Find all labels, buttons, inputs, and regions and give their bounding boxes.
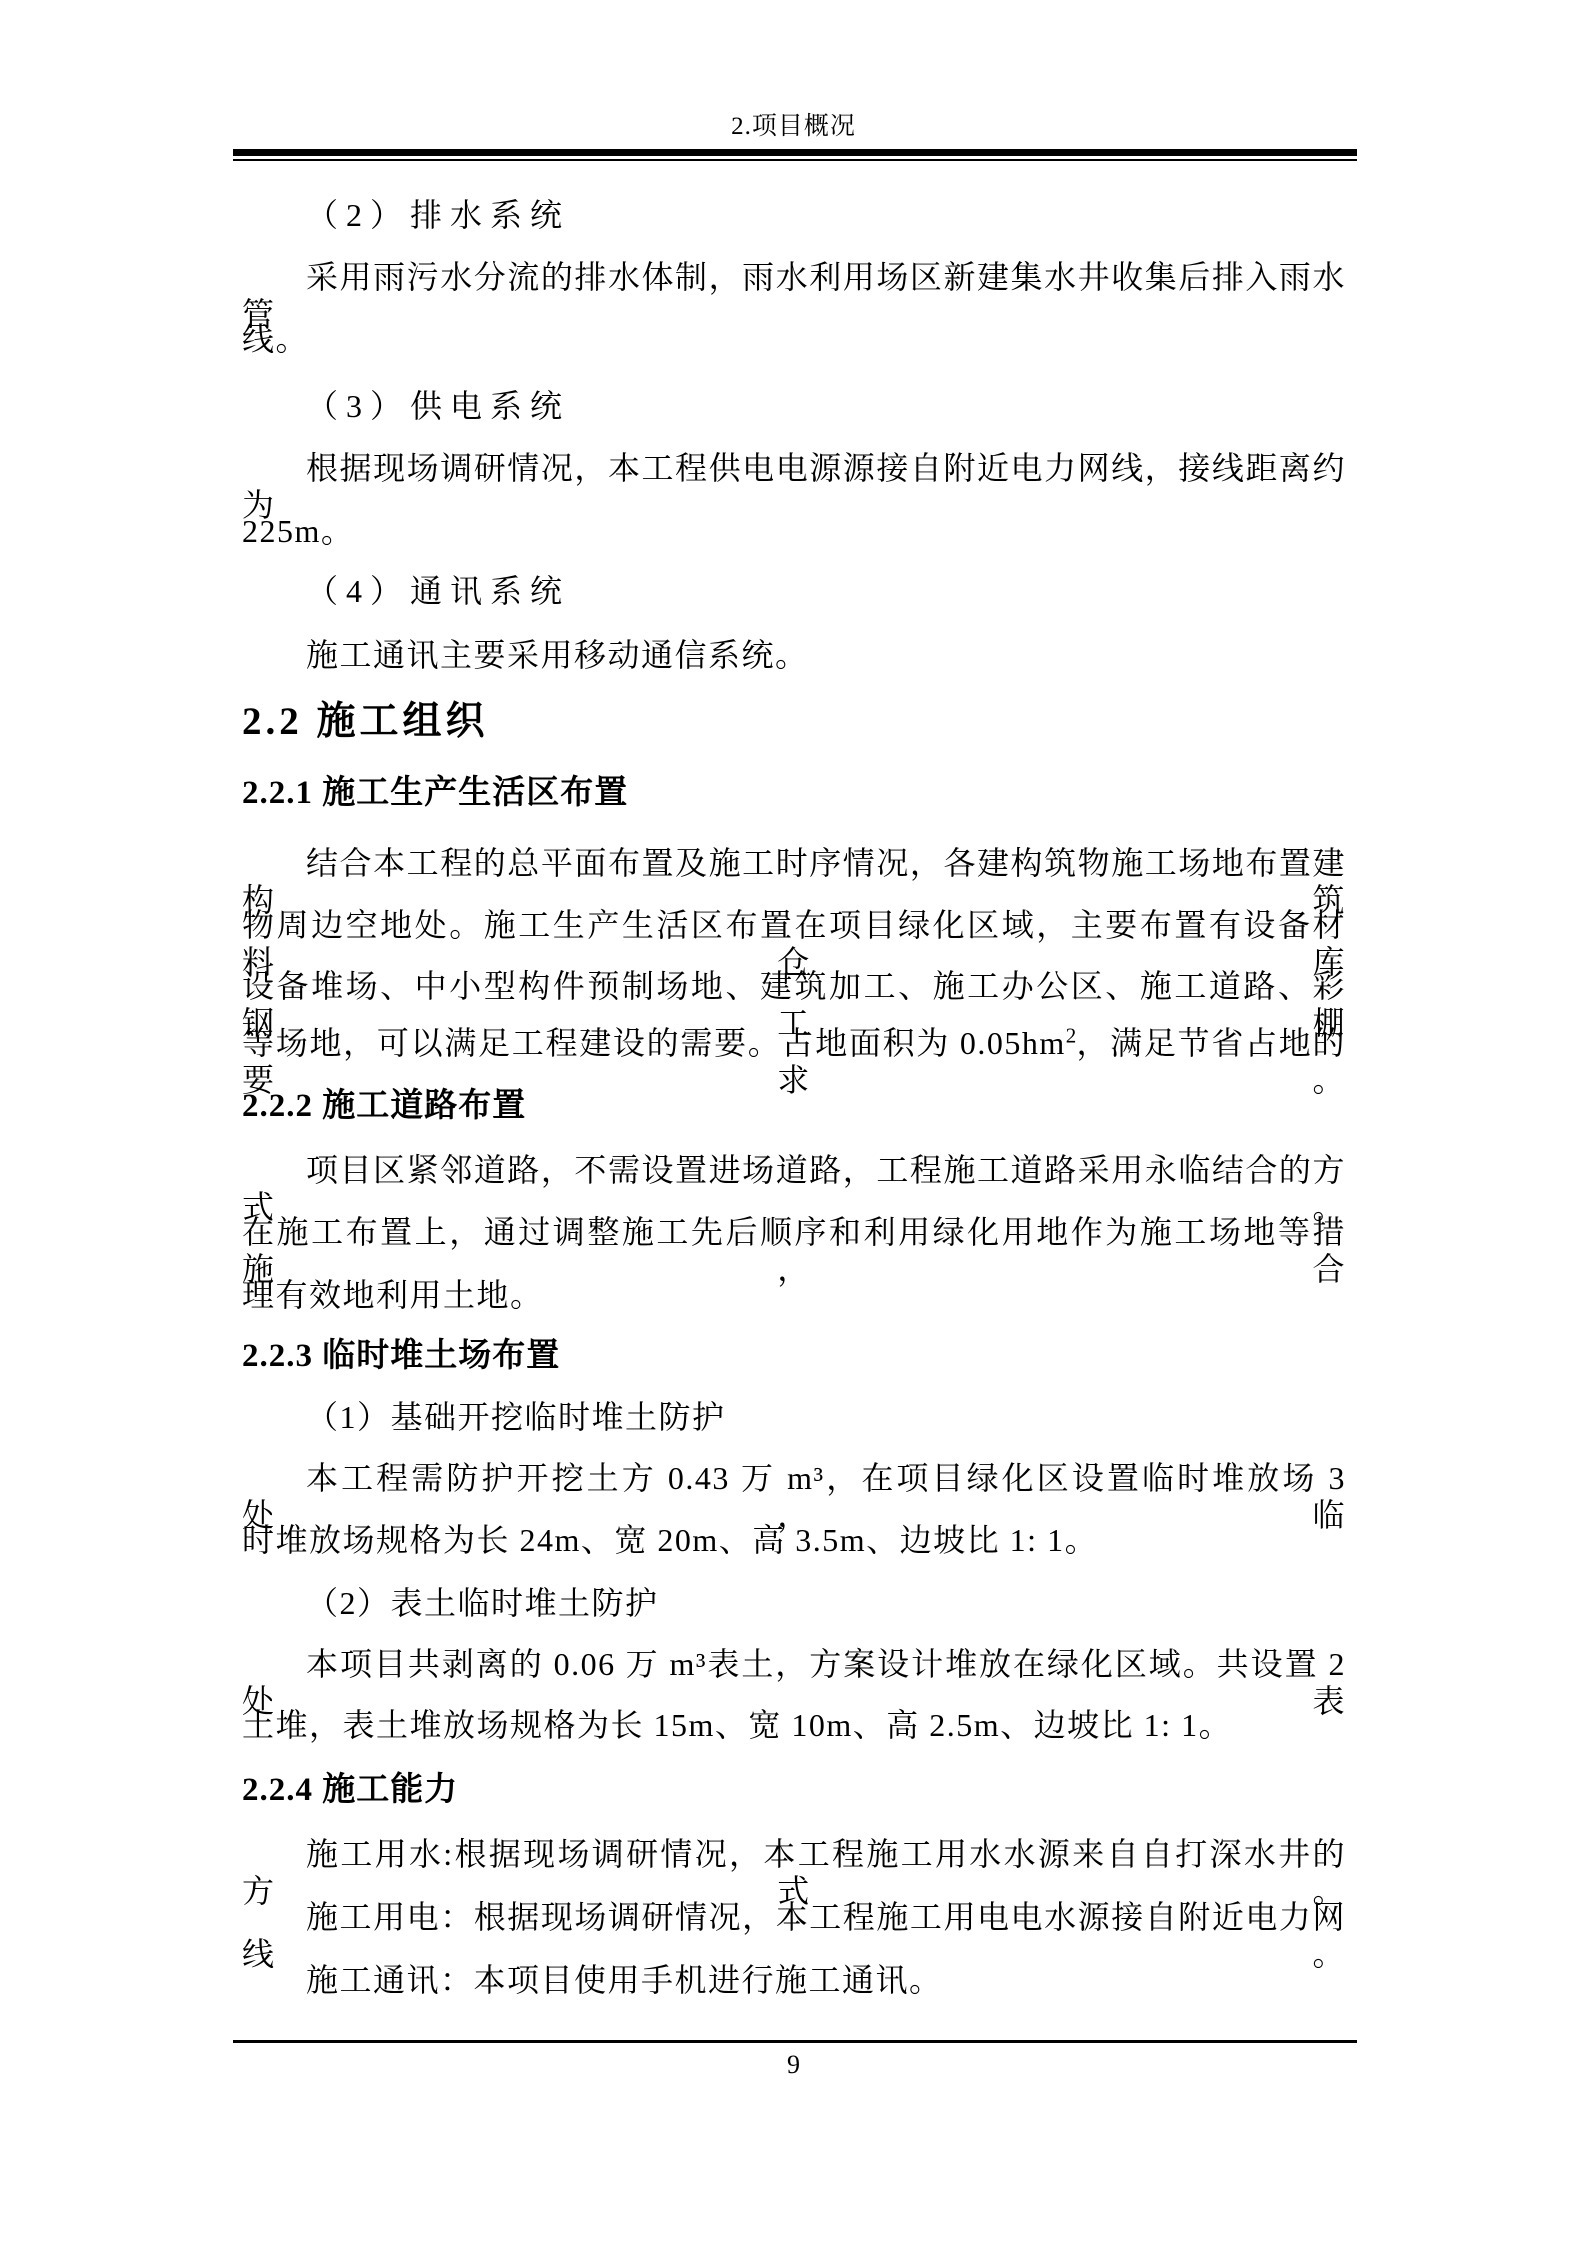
body-text-line: 理有效地利用土地。 <box>242 1277 1346 1314</box>
body-text-line: 施工通讯：本项目使用手机进行施工通讯。 <box>242 1962 1346 1999</box>
page-number: 9 <box>0 2050 1587 2080</box>
heading-2-2-4: 2.2.4 施工能力 <box>242 1772 1346 1810</box>
subitem-heading-line: （1）基础开挖临时堆土防护 <box>242 1399 1346 1436</box>
body-text-line: 施工通讯主要采用移动通信系统。 <box>242 637 1346 674</box>
heading-2-2-1: 2.2.1 施工生产生活区布置 <box>242 775 1346 813</box>
heading-2-2-3: 2.2.3 临时堆土场布置 <box>242 1338 1346 1376</box>
subitem-heading-line: （3）供电系统 <box>242 388 1346 425</box>
superscript-2: 2 <box>1066 1023 1077 1047</box>
footer-rule-divider <box>233 2040 1357 2043</box>
heading-2-2-2: 2.2.2 施工道路布置 <box>242 1088 1346 1126</box>
body-text-line: 线。 <box>242 321 1346 358</box>
body-text-line: 土堆，表土堆放场规格为长 15m、宽 10m、高 2.5m、边坡比 1: 1。 <box>242 1707 1346 1744</box>
subitem-heading-line: （2）排水系统 <box>242 197 1346 234</box>
subitem-heading-line: （4）通讯系统 <box>242 573 1346 610</box>
page-header-title: 2.项目概况 <box>0 106 1587 142</box>
body-text-line: 225m。 <box>242 513 1346 550</box>
heading-2-2: 2.2 施工组织 <box>242 700 1346 745</box>
subitem-heading-line: （2）表土临时堆土防护 <box>242 1585 1346 1622</box>
body-text-segment: 等场地，可以满足工程建设的需要。占地面积为 0.05hm <box>242 1025 1066 1061</box>
body-text-line: 时堆放场规格为长 24m、宽 20m、高 3.5m、边坡比 1: 1。 <box>242 1522 1346 1559</box>
document-page: 2.项目概况 （2）排水系统 采用雨污水分流的排水体制，雨水利用场区新建集水井收… <box>0 0 1587 2245</box>
header-rule-divider <box>233 149 1357 161</box>
